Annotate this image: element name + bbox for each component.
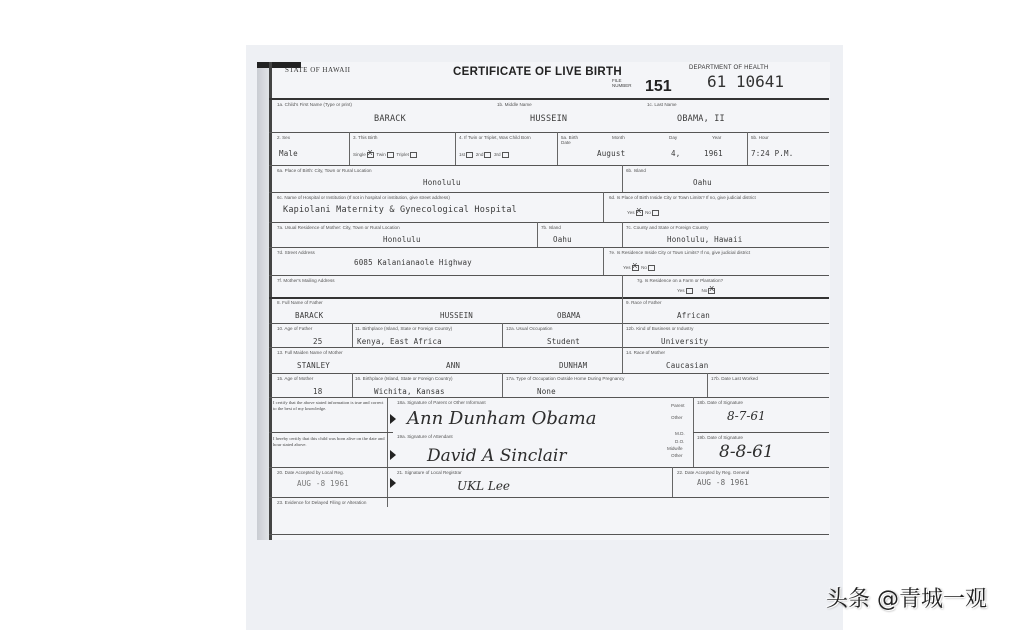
accepted-local-date: AUG -8 1961 [297,479,349,488]
file-number-label: FILE NUMBER [612,78,642,88]
row-divider [269,165,829,166]
street-address: 6085 Kalanianaole Highway [354,258,472,267]
header-divider [269,98,829,100]
mother-birthplace: Wichita, Kansas [374,387,445,396]
child-last-name: OBAMA, II [677,114,725,124]
mother-occupation-label: 17a. Type of Occupation Outside Home Dur… [506,376,624,381]
col-divider [537,222,538,247]
other-attendant-label: Other [671,453,683,458]
father-race: African [677,311,710,320]
attendant-date: 8-8-61 [719,442,774,462]
accepted-reg-general-date: AUG -8 1961 [697,478,749,487]
hospital-name: Kapiolani Maternity & Gynecological Hosp… [283,205,517,215]
residence-limits-options: Yes No [623,265,655,271]
attendant-certification-text: I hereby certify that this child was bor… [273,436,385,447]
attendant-signature: David A Sinclair [427,446,566,466]
birth-hour: 7:24 P.M. [751,149,793,158]
residence-county: Honolulu, Hawaii [667,235,742,244]
attendant-date-label: 19b. Date of Signature [697,435,743,440]
child-first-name: BARACK [374,114,406,124]
father-occupation-label: 12a. Usual Occupation [506,326,552,331]
child-middle-name: HUSSEIN [530,114,567,124]
department-label: DEPARTMENT OF HEALTH [689,65,769,71]
father-race-label: 9. Race of Father [626,300,662,305]
col-divider [622,347,623,373]
birth-year: 1961 [704,149,723,158]
accepted-reg-general-label: 22. Date Accepted by Reg. General [677,470,749,475]
sex-label: 2. Sex [277,135,290,140]
file-number: 151 [645,78,672,96]
col-divider [557,132,558,165]
birth-certificate: STATE OF HAWAII CERTIFICATE OF LIVE BIRT… [257,62,830,540]
row-divider [269,192,829,193]
row-divider [269,497,829,498]
other-label: Other [671,415,683,420]
child-middle-name-label: 1b. Middle Name [497,102,532,107]
mother-middle-name: ANN [446,361,460,370]
accepted-local-label: 20. Date Accepted by Local Reg. [277,470,344,475]
row-divider [269,432,393,433]
first-checkbox [466,152,473,158]
birth-island: Oahu [693,178,712,187]
second-checkbox [484,152,491,158]
mother-last-name: DUNHAM [559,361,587,370]
residence-county-label: 7c. County and State or Foreign Country [626,225,708,230]
father-age: 25 [313,337,322,346]
month-label: Month [612,135,625,140]
birth-inside-limits-label: 6d. Is Place of Birth Inside City or Tow… [609,195,789,201]
birth-order-options: 1st 2nd 3rd [459,152,509,158]
row-divider [269,247,829,248]
col-divider [603,192,604,222]
midwife-label: Midwife [667,446,683,451]
this-birth-options: Single Twin Triplet [353,152,417,158]
this-birth-label: 3. This Birth [353,135,377,140]
birth-limits-no-checkbox [652,210,659,216]
residence-island-label: 7b. Island [541,225,561,230]
farm-options: Yes No [677,288,715,294]
col-divider [622,275,623,297]
col-divider [455,132,456,165]
residence-limits-no-checkbox [648,265,655,271]
residence-city: Honolulu [383,235,421,244]
third-checkbox [502,152,509,158]
twin-triplet-label: 4. If Twin or Triplet, Was Child Born [459,135,549,140]
col-divider [622,297,623,323]
father-birthplace-label: 11. Birthplace (Island, State or Foreign… [355,326,452,331]
mother-age: 18 [313,387,322,396]
col-divider [352,323,353,347]
birth-city-label: 6a. Place of Birth: City, Town or Rural … [277,168,372,173]
father-industry: University [661,337,708,346]
row-divider [693,432,829,433]
row-divider [269,222,829,223]
residence-city-label: 7a. Usual Residence of Mother: City, Tow… [277,225,400,230]
col-divider [747,132,748,165]
residence-inside-limits-label: 7e. Is Residence Inside City or Town Lim… [609,250,789,256]
col-divider [502,373,503,397]
local-registrar-signature: UKL Lee [457,479,510,493]
certificate-title: CERTIFICATE OF LIVE BIRTH [453,66,622,78]
single-checkbox [367,152,374,158]
father-age-label: 10. Age of Father [277,326,312,331]
row-divider [269,397,829,398]
father-occupation: Student [547,337,580,346]
triplet-checkbox [410,152,417,158]
left-border-line [269,62,272,540]
do-label: D.O. [675,439,684,444]
col-divider [502,323,503,347]
watermark: 头条 @青城一观 [826,582,987,613]
attendant-arrow-icon [390,450,396,460]
sex-value: Male [279,149,298,158]
state-label: STATE OF HAWAII [285,66,351,74]
farm-yes-checkbox [686,288,693,294]
birth-city: Honolulu [423,178,461,187]
twin-checkbox [387,152,394,158]
informant-signature-label: 18a. Signature of Parent or Other Inform… [397,400,486,405]
informant-arrow-icon [390,414,396,424]
row-divider [269,373,829,374]
informant-date-label: 18b. Date of Signature [697,400,743,405]
mother-race-label: 14. Race of Mother [626,350,665,355]
md-label: M.D. [675,431,685,436]
birth-inside-limits-options: Yes No [627,210,659,216]
section-divider [269,297,829,299]
col-divider [387,397,388,507]
mother-age-label: 15. Age of Mother [277,376,313,381]
col-divider [603,247,604,275]
informant-certification-text: I certify that the above stated informat… [273,400,385,411]
informant-date: 8-7-61 [727,409,766,423]
evidence-label: 23. Evidence for Delayed Filing or Alter… [277,500,366,505]
mailing-address-label: 7f. Mother's Mailing Address [277,278,335,283]
date-last-worked-label: 17b. Date Last Worked [711,376,758,381]
father-first-name: BARACK [295,311,323,320]
certificate-number: 61 10641 [707,72,784,91]
local-registrar-label: 21. Signature of Local Registrar [397,470,462,475]
birth-day: 4, [671,149,680,158]
attendant-signature-label: 19a. Signature of Attendant [397,434,453,439]
child-last-name-label: 1c. Last Name [647,102,677,107]
col-divider [352,373,353,397]
father-industry-label: 12b. Kind of Business or Industry [626,326,693,331]
col-divider [349,132,350,165]
farm-label: 7g. Is Residence on a Farm or Plantation… [637,278,723,283]
birth-limits-yes-checkbox [636,210,643,216]
birth-date-label: 5a. Birth Date [561,135,581,145]
residence-island: Oahu [553,235,572,244]
row-divider [269,467,829,468]
row-divider [269,347,829,348]
street-address-label: 7d. Street Address [277,250,315,255]
day-label: Day [669,135,677,140]
row-divider [269,275,829,276]
mother-birthplace-label: 16. Birthplace (Island, State or Foreign… [355,376,453,381]
col-divider [622,222,623,247]
hospital-label: 6c. Name of Hospital or Institution (If … [277,195,450,200]
birth-month: August [597,149,625,158]
hour-label: 5b. Hour [751,135,769,140]
registrar-arrow-icon [390,478,396,488]
mother-name-label: 13. Full Maiden Name of Mother [277,350,343,355]
father-middle-name: HUSSEIN [440,311,473,320]
col-divider [622,323,623,347]
col-divider [622,165,623,192]
birth-island-label: 6b. Island [626,168,646,173]
informant-signature: Ann Dunham Obama [407,408,596,429]
bottom-border [269,534,829,535]
mother-first-name: STANLEY [297,361,330,370]
child-first-name-label: 1a. Child's First Name (Type or print) [277,102,352,107]
parent-label: Parent [671,403,685,408]
col-divider [707,373,708,397]
row-divider [269,323,829,324]
residence-limits-yes-checkbox [632,265,639,271]
mother-race: Caucasian [666,361,708,370]
father-last-name: OBAMA [557,311,581,320]
farm-no-checkbox [708,288,715,294]
mother-occupation: None [537,387,556,396]
father-name-label: 8. Full Name of Father [277,300,323,305]
father-birthplace: Kenya, East Africa [357,337,442,346]
year-label: Year [712,135,721,140]
row-divider [269,132,829,133]
col-divider [672,467,673,497]
